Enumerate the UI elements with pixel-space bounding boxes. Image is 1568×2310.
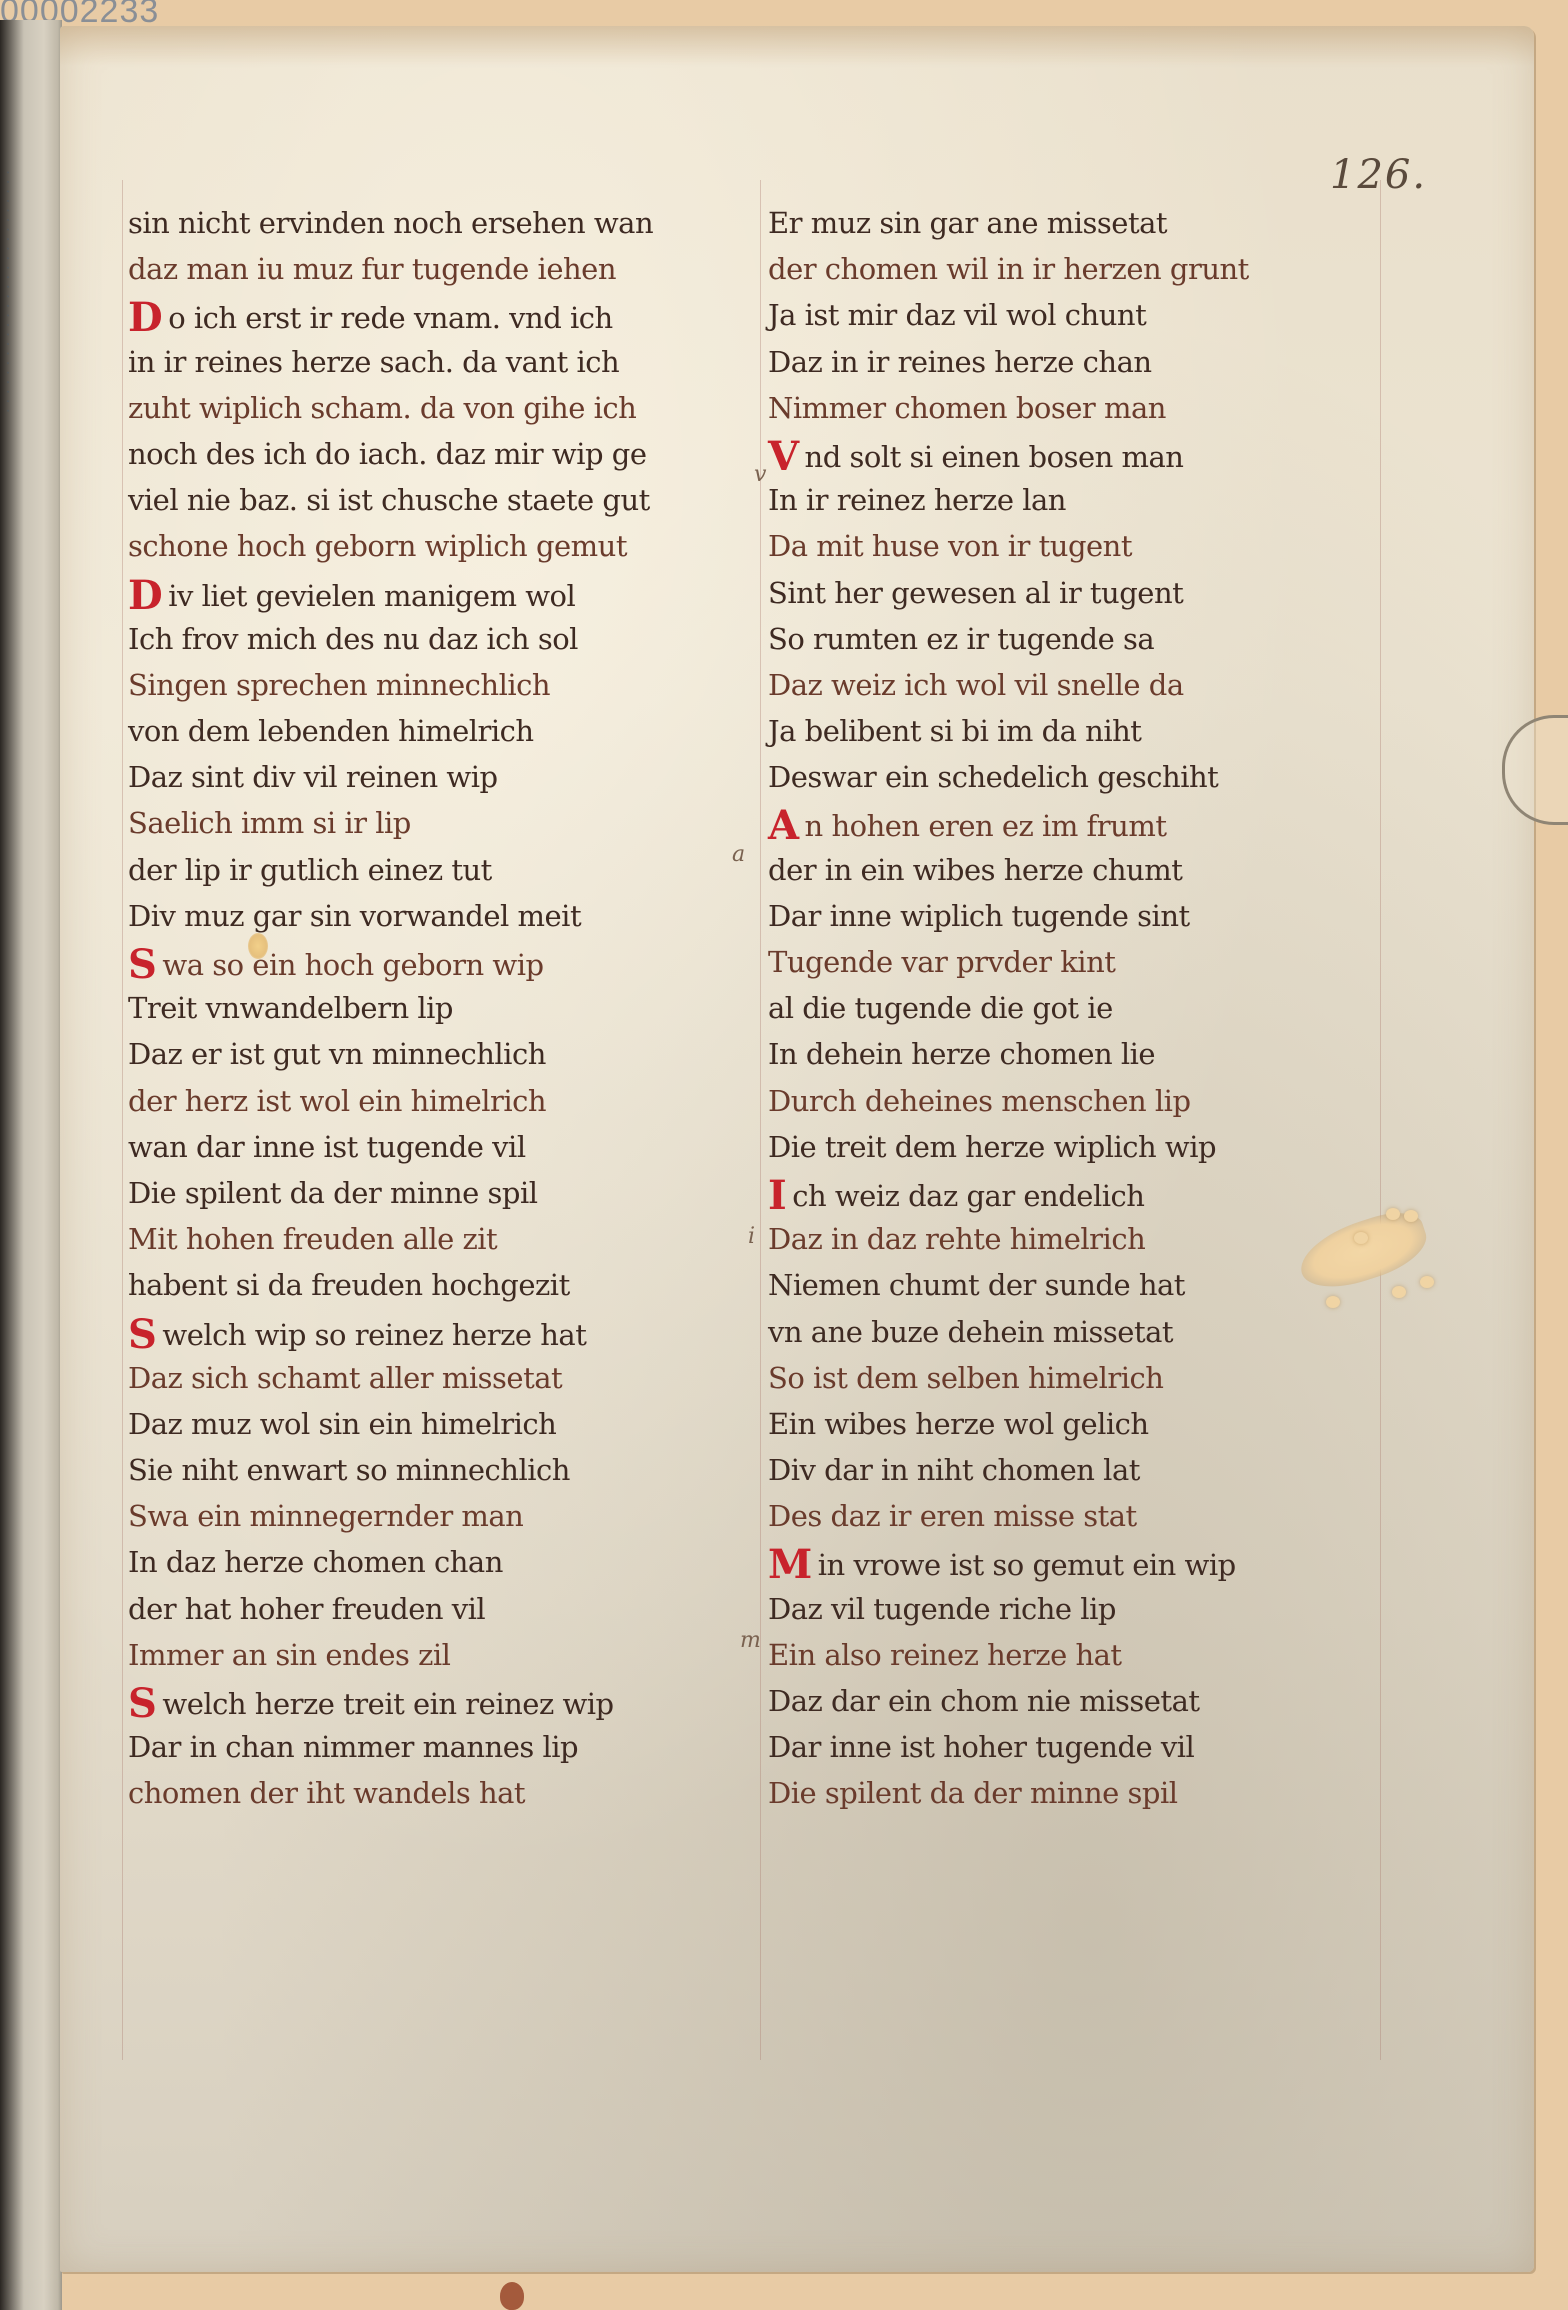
line-text: Div muz gar sin vorwandel meit (128, 899, 581, 933)
line-text: zuht wiplich scham. da von gihe ich (128, 391, 636, 425)
line-text: Ja belibent si bi im da niht (768, 714, 1141, 748)
line-text: Des daz ir eren misse stat (768, 1499, 1137, 1533)
manuscript-line: Da mit huse von ir tugent (768, 523, 1368, 569)
ruling-line-left (122, 180, 123, 2060)
rubricated-initial: S (128, 1312, 156, 1358)
manuscript-line: In daz herze chomen chan (128, 1539, 748, 1585)
line-text: Dar in chan nimmer mannes lip (128, 1730, 578, 1764)
line-text: Treit vnwandelbern lip (128, 991, 453, 1025)
manuscript-line: zuht wiplich scham. da von gihe ich (128, 385, 748, 431)
line-text: welch wip so reinez herze hat (162, 1318, 586, 1352)
line-text: der in ein wibes herze chumt (768, 853, 1182, 887)
manuscript-line: Nimmer chomen boser man (768, 385, 1368, 431)
manuscript-line: Die spilent da der minne spil (768, 1770, 1368, 1816)
manuscript-line: schone hoch geborn wiplich gemut (128, 523, 748, 569)
guide-letter-a: a (732, 842, 745, 867)
rubricated-initial: D (128, 295, 162, 341)
manuscript-line: viel nie baz. si ist chusche staete gut (128, 477, 748, 523)
manuscript-line: Daz dar ein chom nie missetat (768, 1678, 1368, 1724)
manuscript-line: der hat hoher freuden vil (128, 1586, 748, 1632)
line-text: der lip ir gutlich einez tut (128, 853, 492, 887)
rubricated-initial: S (128, 942, 156, 988)
manuscript-line: noch des ich do iach. daz mir wip ge (128, 431, 748, 477)
line-text: In ir reinez herze lan (768, 483, 1066, 517)
manuscript-line: in ir reines herze sach. da vant ich (128, 339, 748, 385)
line-text: wa so ein hoch geborn wip (162, 948, 543, 982)
manuscript-line: der lip ir gutlich einez tut (128, 847, 748, 893)
manuscript-line: Sint her gewesen al ir tugent (768, 570, 1368, 616)
line-text: Swa ein minnegernder man (128, 1499, 523, 1533)
line-text: Saelich imm si ir lip (128, 806, 411, 840)
line-text: der herz ist wol ein himelrich (128, 1084, 546, 1118)
manuscript-line: So ist dem selben himelrich (768, 1355, 1368, 1401)
line-text: habent si da freuden hochgezit (128, 1268, 570, 1302)
rubricated-initial: I (768, 1173, 786, 1219)
line-text: Tugende var prvder kint (768, 945, 1115, 979)
manuscript-line: Dar inne ist hoher tugende vil (768, 1724, 1368, 1770)
manuscript-line: Daz in daz rehte himelrich (768, 1216, 1368, 1262)
line-text: in vrowe ist so gemut ein wip (818, 1548, 1236, 1582)
line-text: wan dar inne ist tugende vil (128, 1130, 526, 1164)
line-text: Daz sich schamt aller missetat (128, 1361, 562, 1395)
rubricated-initial: V (768, 434, 799, 480)
line-text: n hohen eren ez im frumt (805, 809, 1167, 843)
rubricated-initial: M (768, 1542, 812, 1588)
manuscript-line: Div liet gevielen manigem wol (128, 570, 748, 616)
manuscript-line: Daz in ir reines herze chan (768, 339, 1368, 385)
binding-spine: · · · · · · · · · · · · · · · · · · · · … (0, 20, 62, 2310)
line-text: Daz er ist gut vn minnechlich (128, 1037, 546, 1071)
stain-dot (1326, 1296, 1340, 1308)
manuscript-line: von dem lebenden himelrich (128, 708, 748, 754)
manuscript-line: Do ich erst ir rede vnam. vnd ich (128, 292, 748, 338)
manuscript-line: Div muz gar sin vorwandel meit (128, 893, 748, 939)
line-text: In daz herze chomen chan (128, 1545, 503, 1579)
manuscript-line: chomen der iht wandels hat (128, 1770, 748, 1816)
line-text: Daz dar ein chom nie missetat (768, 1684, 1200, 1718)
stain-dot (1386, 1208, 1400, 1220)
manuscript-line: Div dar in niht chomen lat (768, 1447, 1368, 1493)
ruling-line-right (1380, 180, 1381, 2060)
manuscript-line: Daz sint div vil reinen wip (128, 754, 748, 800)
guide-letter-m: m (740, 1628, 761, 1653)
line-text: Daz in daz rehte himelrich (768, 1222, 1145, 1256)
manuscript-line: Saelich imm si ir lip (128, 800, 748, 846)
line-text: Singen sprechen minnechlich (128, 668, 550, 702)
manuscript-line: Ein also reinez herze hat (768, 1632, 1368, 1678)
line-text: iv liet gevielen manigem wol (168, 579, 575, 613)
manuscript-line: Tugende var prvder kint (768, 939, 1368, 985)
rubricated-initial: D (128, 573, 162, 619)
line-text: Daz muz wol sin ein himelrich (128, 1407, 556, 1441)
line-text: chomen der iht wandels hat (128, 1776, 525, 1810)
line-text: Er muz sin gar ane missetat (768, 206, 1167, 240)
manuscript-line: Vnd solt si einen bosen man (768, 431, 1368, 477)
manuscript-line: Ja ist mir daz vil wol chunt (768, 292, 1368, 338)
line-text: Sie niht enwart so minnechlich (128, 1453, 570, 1487)
line-text: Die treit dem herze wiplich wip (768, 1130, 1216, 1164)
stain-dot (1354, 1232, 1368, 1244)
text-column-left: sin nicht ervinden noch ersehen wandaz m… (128, 200, 748, 1817)
line-text: Daz sint div vil reinen wip (128, 760, 498, 794)
line-text: o ich erst ir rede vnam. vnd ich (168, 301, 613, 335)
manuscript-line: Ich weiz daz gar endelich (768, 1170, 1368, 1216)
line-text: vn ane buze dehein missetat (768, 1315, 1173, 1349)
manuscript-line: Treit vnwandelbern lip (128, 985, 748, 1031)
line-text: Ein wibes herze wol gelich (768, 1407, 1149, 1441)
manuscript-line: In ir reinez herze lan (768, 477, 1368, 523)
facing-page-text: · · · · · · · · · · · · · · · · · · · · … (4, 170, 34, 1970)
wax-spot (500, 2282, 524, 2310)
manuscript-line: Daz sich schamt aller missetat (128, 1355, 748, 1401)
manuscript-line: daz man iu muz fur tugende iehen (128, 246, 748, 292)
manuscript-line: Die spilent da der minne spil (128, 1170, 748, 1216)
manuscript-line: habent si da freuden hochgezit (128, 1262, 748, 1308)
manuscript-line: In dehein herze chomen lie (768, 1031, 1368, 1077)
line-text: Nimmer chomen boser man (768, 391, 1166, 425)
stain-dot (1392, 1286, 1406, 1298)
line-text: noch des ich do iach. daz mir wip ge (128, 437, 647, 471)
manuscript-line: Des daz ir eren misse stat (768, 1493, 1368, 1539)
folio-number: 126. (1330, 152, 1427, 198)
line-text: Daz in ir reines herze chan (768, 345, 1152, 379)
line-text: daz man iu muz fur tugende iehen (128, 252, 616, 286)
manuscript-line: Min vrowe ist so gemut ein wip (768, 1539, 1368, 1585)
manuscript-line: Swelch herze treit ein reinez wip (128, 1678, 748, 1724)
manuscript-line: wan dar inne ist tugende vil (128, 1124, 748, 1170)
line-text: Sint her gewesen al ir tugent (768, 576, 1183, 610)
manuscript-line: der chomen wil in ir herzen grunt (768, 246, 1368, 292)
line-text: sin nicht ervinden noch ersehen wan (128, 206, 653, 240)
line-text: viel nie baz. si ist chusche staete gut (128, 483, 650, 517)
stain-dot (1420, 1276, 1434, 1288)
line-text: Mit hohen freuden alle zit (128, 1222, 497, 1256)
manuscript-line: Dar in chan nimmer mannes lip (128, 1724, 748, 1770)
manuscript-line: Ich frov mich des nu daz ich sol (128, 616, 748, 662)
line-text: Die spilent da der minne spil (768, 1776, 1178, 1810)
line-text: Daz weiz ich wol vil snelle da (768, 668, 1184, 702)
manuscript-line: Daz muz wol sin ein himelrich (128, 1401, 748, 1447)
manuscript-line: Mit hohen freuden alle zit (128, 1216, 748, 1262)
line-text: von dem lebenden himelrich (128, 714, 534, 748)
line-text: Dar inne wiplich tugende sint (768, 899, 1190, 933)
line-text: al die tugende die got ie (768, 991, 1113, 1025)
rubricated-initial: A (768, 803, 799, 849)
manuscript-line: Niemen chumt der sunde hat (768, 1262, 1368, 1308)
line-text: welch herze treit ein reinez wip (162, 1687, 613, 1721)
stain-dot (1404, 1210, 1418, 1222)
manuscript-line: al die tugende die got ie (768, 985, 1368, 1031)
manuscript-line: So rumten ez ir tugende sa (768, 616, 1368, 662)
manuscript-line: Singen sprechen minnechlich (128, 662, 748, 708)
manuscript-line: der herz ist wol ein himelrich (128, 1078, 748, 1124)
line-text: Dar inne ist hoher tugende vil (768, 1730, 1194, 1764)
line-text: Deswar ein schedelich geschiht (768, 760, 1218, 794)
line-text: Niemen chumt der sunde hat (768, 1268, 1185, 1302)
manuscript-line: Durch deheines menschen lip (768, 1078, 1368, 1124)
line-text: So rumten ez ir tugende sa (768, 622, 1154, 656)
parchment-hole (248, 933, 268, 959)
line-text: Ein also reinez herze hat (768, 1638, 1122, 1672)
manuscript-line: der in ein wibes herze chumt (768, 847, 1368, 893)
guide-letter-i: i (748, 1224, 755, 1249)
manuscript-line: Sie niht enwart so minnechlich (128, 1447, 748, 1493)
manuscript-line: Dar inne wiplich tugende sint (768, 893, 1368, 939)
manuscript-line: Ein wibes herze wol gelich (768, 1401, 1368, 1447)
line-text: Div dar in niht chomen lat (768, 1453, 1140, 1487)
manuscript-line: sin nicht ervinden noch ersehen wan (128, 200, 748, 246)
line-text: Ja ist mir daz vil wol chunt (768, 298, 1146, 332)
manuscript-line: Swa ein minnegernder man (128, 1493, 748, 1539)
line-text: ch weiz daz gar endelich (792, 1179, 1144, 1213)
line-text: Ich frov mich des nu daz ich sol (128, 622, 578, 656)
manuscript-line: Er muz sin gar ane missetat (768, 200, 1368, 246)
line-text: So ist dem selben himelrich (768, 1361, 1163, 1395)
text-column-right: Er muz sin gar ane missetatder chomen wi… (768, 200, 1368, 1817)
manuscript-line: Ja belibent si bi im da niht (768, 708, 1368, 754)
manuscript-line: Swa so ein hoch geborn wip (128, 939, 748, 985)
manuscript-line: Daz weiz ich wol vil snelle da (768, 662, 1368, 708)
line-text: schone hoch geborn wiplich gemut (128, 529, 627, 563)
manuscript-line: Daz vil tugende riche lip (768, 1586, 1368, 1632)
line-text: Daz vil tugende riche lip (768, 1592, 1116, 1626)
guide-letter-v: v (754, 462, 766, 487)
manuscript-line: Deswar ein schedelich geschiht (768, 754, 1368, 800)
manuscript-line: Immer an sin endes zil (128, 1632, 748, 1678)
manuscript-line: Swelch wip so reinez herze hat (128, 1309, 748, 1355)
line-text: der chomen wil in ir herzen grunt (768, 252, 1249, 286)
manuscript-line: Die treit dem herze wiplich wip (768, 1124, 1368, 1170)
line-text: Durch deheines menschen lip (768, 1084, 1191, 1118)
page-edge (60, 26, 1534, 66)
rubricated-initial: S (128, 1681, 156, 1727)
line-text: Die spilent da der minne spil (128, 1176, 538, 1210)
line-text: Immer an sin endes zil (128, 1638, 450, 1672)
manuscript-line: vn ane buze dehein missetat (768, 1309, 1368, 1355)
line-text: In dehein herze chomen lie (768, 1037, 1155, 1071)
line-text: in ir reines herze sach. da vant ich (128, 345, 619, 379)
manuscript-line: An hohen eren ez im frumt (768, 800, 1368, 846)
line-text: der hat hoher freuden vil (128, 1592, 485, 1626)
manuscript-line: Daz er ist gut vn minnechlich (128, 1031, 748, 1077)
line-text: nd solt si einen bosen man (805, 440, 1184, 474)
line-text: Da mit huse von ir tugent (768, 529, 1132, 563)
